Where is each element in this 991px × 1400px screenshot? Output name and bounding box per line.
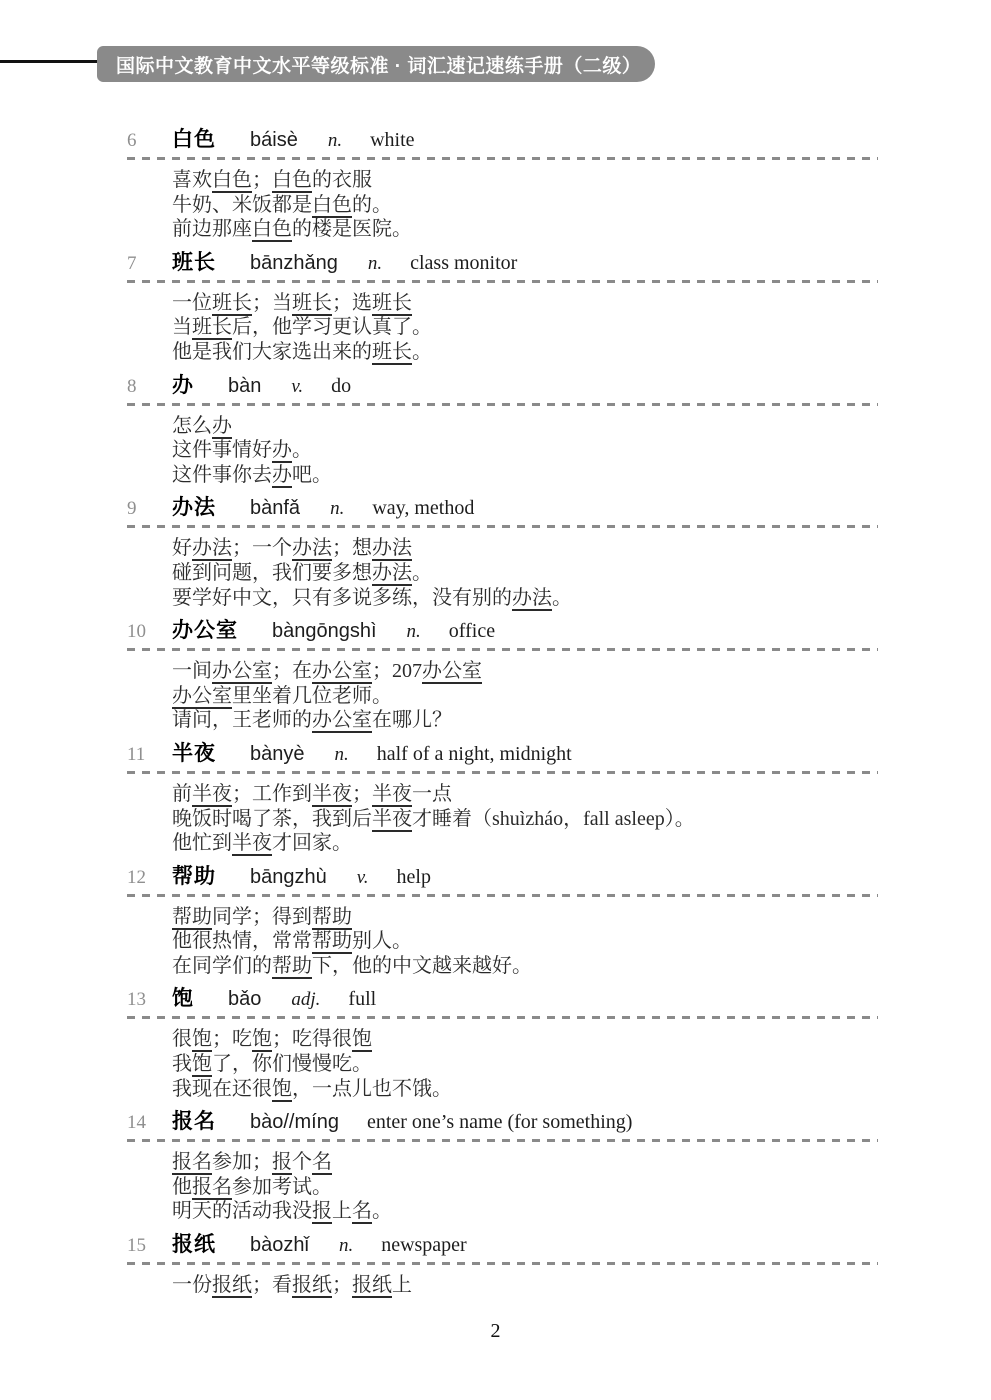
example-text: ；想 <box>332 537 372 559</box>
example-text: 明天的活动我没 <box>172 1200 312 1222</box>
entry-number: 11 <box>127 742 172 768</box>
entry-part-of-speech: n. <box>407 619 421 645</box>
example-line: 当班长后，他学习更认真了。 <box>172 315 878 340</box>
example-line: 办公室里坐着几位老师。 <box>172 684 878 709</box>
entry-pinyin: bàn <box>228 373 261 399</box>
example-text: 他 <box>172 1176 192 1198</box>
example-line: 明天的活动我没报上名。 <box>172 1199 878 1224</box>
underlined-target-word: 班长 <box>292 292 332 316</box>
example-line: 晚饭时喝了茶，我到后半夜才睡着（shuìzháo，fall asleep）。 <box>172 807 878 832</box>
entry-pinyin: bǎo <box>228 986 261 1012</box>
entry-english-meaning: office <box>449 618 495 644</box>
example-text: 在哪儿？ <box>372 709 452 731</box>
underlined-target-word: 半夜 <box>372 808 412 832</box>
example-text: 。 <box>412 562 432 584</box>
underlined-target-word: 办公室 <box>212 660 272 684</box>
example-line: 牛奶、米饭都是白色的。 <box>172 193 878 218</box>
underlined-target-word: 半夜 <box>372 783 412 807</box>
example-text: 他忙到 <box>172 832 232 854</box>
entry-number: 9 <box>127 496 172 522</box>
example-line: 前边那座白色的楼是医院。 <box>172 217 878 242</box>
example-text: 后，他学习更认真了。 <box>232 316 432 338</box>
vocab-entry: 12 帮助 bāngzhù v. help 帮助同学；得到帮助他很热情，常常帮助… <box>127 864 878 979</box>
entry-headword: 报名 <box>172 1109 216 1135</box>
vocab-entry: 14 报名 bào//míng enter one’s name (for so… <box>127 1109 878 1224</box>
example-text: ；吃 <box>212 1028 252 1050</box>
example-text: 上 <box>332 1200 352 1222</box>
underlined-target-word: 白色 <box>312 194 352 218</box>
entry-pinyin: bào//míng <box>250 1109 339 1135</box>
example-text: ； <box>332 1274 352 1296</box>
entry-pinyin: bàngōngshì <box>272 618 377 644</box>
banner-title: 国际中文教育中文水平等级标准 · 词汇速记速练手册（二级） <box>116 51 641 78</box>
dashed-divider <box>127 525 878 528</box>
entry-examples: 前半夜；工作到半夜；半夜一点晚饭时喝了茶，我到后半夜才睡着（shuìzháo，f… <box>172 782 878 856</box>
underlined-target-word: 帮助 <box>272 955 312 979</box>
example-text: 一份 <box>172 1274 212 1296</box>
example-line: 他是我们大家选出来的班长。 <box>172 340 878 365</box>
underlined-target-word: 报 <box>272 1151 292 1175</box>
example-text: 的衣服 <box>312 169 372 191</box>
underlined-target-word: 白色 <box>252 218 292 242</box>
example-text: 上 <box>392 1274 412 1296</box>
example-text: 一间 <box>172 660 212 682</box>
underlined-target-word: 帮助 <box>312 906 352 930</box>
entry-english-meaning: white <box>370 127 414 153</box>
vocab-entry: 8 办 bàn v. do 怎么办这件事情好办。这件事你去办吧。 <box>127 373 878 488</box>
example-text: 他是我们大家选出来的 <box>172 341 372 363</box>
underlined-target-word: 帮助 <box>172 906 212 930</box>
example-line: 一份报纸；看报纸；报纸上 <box>172 1273 878 1298</box>
entry-english-meaning: do <box>331 373 351 399</box>
entry-examples: 报名参加；报个名他报名参加考试。明天的活动我没报上名。 <box>172 1150 878 1224</box>
vocab-entry: 7 班长 bānzhǎng n. class monitor 一位班长；当班长；… <box>127 250 878 365</box>
example-text: ；工作到 <box>232 783 312 805</box>
entry-part-of-speech: adj. <box>291 987 320 1013</box>
underlined-target-word: 办 <box>272 464 292 488</box>
example-text: 一点 <box>412 783 452 805</box>
underlined-target-word: 帮助 <box>312 930 352 954</box>
example-text: 参加； <box>212 1151 272 1173</box>
example-line: 他很热情，常常帮助别人。 <box>172 929 878 954</box>
chapter-header-banner: 国际中文教育中文水平等级标准 · 词汇速记速练手册（二级） <box>97 46 655 82</box>
example-line: 这件事情好办。 <box>172 438 878 463</box>
entry-header-row: 8 办 bàn v. do <box>127 373 878 399</box>
example-text: 的楼是医院。 <box>292 218 412 240</box>
example-text: 参加考试。 <box>232 1176 332 1198</box>
entry-english-meaning: way, method <box>372 495 474 521</box>
example-text: 。 <box>372 1200 392 1222</box>
entry-examples: 怎么办这件事情好办。这件事你去办吧。 <box>172 414 878 488</box>
entry-headword: 帮助 <box>172 864 216 890</box>
dashed-divider <box>127 771 878 774</box>
entry-pinyin: bāngzhù <box>250 864 327 890</box>
entry-examples: 一间办公室；在办公室；207办公室办公室里坐着几位老师。请问，王老师的办公室在哪… <box>172 659 878 733</box>
underlined-target-word: 饱 <box>252 1028 272 1052</box>
entry-headword: 报纸 <box>172 1232 216 1258</box>
example-text: ；吃得很 <box>272 1028 352 1050</box>
underlined-target-word: 办公室 <box>172 685 232 709</box>
entry-header-row: 11 半夜 bànyè n. half of a night, midnight <box>127 741 878 767</box>
example-text: 前边那座 <box>172 218 252 240</box>
entry-number: 13 <box>127 987 172 1013</box>
vocab-entry: 6 白色 báisè n. white 喜欢白色；白色的衣服牛奶、米饭都是白色的… <box>127 127 878 242</box>
example-text: 个 <box>292 1151 312 1173</box>
example-line: 他报名参加考试。 <box>172 1175 878 1200</box>
entry-pinyin: bànyè <box>250 741 305 767</box>
entry-examples: 喜欢白色；白色的衣服牛奶、米饭都是白色的。前边那座白色的楼是医院。 <box>172 168 878 242</box>
example-line: 一间办公室；在办公室；207办公室 <box>172 659 878 684</box>
entry-english-meaning: half of a night, midnight <box>377 741 572 767</box>
underlined-target-word: 班长 <box>212 292 252 316</box>
entry-part-of-speech: n. <box>335 742 349 768</box>
entry-part-of-speech: n. <box>328 128 342 154</box>
example-text: 。 <box>412 341 432 363</box>
top-left-rule <box>0 60 97 63</box>
underlined-target-word: 半夜 <box>312 783 352 807</box>
example-line: 好办法；一个办法；想办法 <box>172 536 878 561</box>
entry-headword: 饱 <box>172 986 194 1012</box>
underlined-target-word: 班长 <box>372 341 412 365</box>
entry-header-row: 10 办公室 bàngōngshì n. office <box>127 618 878 644</box>
entry-headword: 办公室 <box>172 618 238 644</box>
entry-number: 12 <box>127 865 172 891</box>
entry-part-of-speech: n. <box>339 1233 353 1259</box>
underlined-target-word: 半夜 <box>192 783 232 807</box>
example-text: 别人。 <box>352 930 412 952</box>
example-line: 我现在还很饱，一点儿也不饿。 <box>172 1077 878 1102</box>
entry-part-of-speech: n. <box>330 496 344 522</box>
dashed-divider <box>127 1139 878 1142</box>
entry-examples: 很饱；吃饱；吃得很饱我饱了，你们慢慢吃。我现在还很饱，一点儿也不饿。 <box>172 1027 878 1101</box>
underlined-target-word: 报名 <box>172 1151 212 1175</box>
entry-part-of-speech: v. <box>357 865 369 891</box>
entry-header-row: 9 办法 bànfǎ n. way, method <box>127 495 878 521</box>
underlined-target-word: 班长 <box>192 316 232 340</box>
example-text: 一位 <box>172 292 212 314</box>
example-text: ； <box>352 783 372 805</box>
example-text: 前 <box>172 783 192 805</box>
entry-number: 6 <box>127 128 172 154</box>
example-text: 晚饭时喝了茶，我到后 <box>172 808 372 830</box>
example-text: 在同学们的 <box>172 955 272 977</box>
example-text: ；当 <box>252 292 292 314</box>
underlined-target-word: 名 <box>352 1200 372 1224</box>
example-text: 我现在还很 <box>172 1078 272 1100</box>
entry-headword: 半夜 <box>172 741 216 767</box>
example-text: 他很热情，常常 <box>172 930 312 952</box>
example-text: 这件事你去 <box>172 464 272 486</box>
entry-examples: 一份报纸；看报纸；报纸上 <box>172 1273 878 1298</box>
underlined-target-word: 饱 <box>352 1028 372 1052</box>
underlined-target-word: 办公室 <box>312 660 372 684</box>
underlined-target-word: 班长 <box>372 292 412 316</box>
entry-number: 10 <box>127 619 172 645</box>
vocab-entry: 15 报纸 bàozhǐ n. newspaper 一份报纸；看报纸；报纸上 <box>127 1232 878 1298</box>
dashed-divider <box>127 403 878 406</box>
vocab-entry: 11 半夜 bànyè n. half of a night, midnight… <box>127 741 878 856</box>
example-text: 。 <box>292 439 312 461</box>
entry-examples: 帮助同学；得到帮助他很热情，常常帮助别人。在同学们的帮助下，他的中文越来越好。 <box>172 905 878 979</box>
underlined-target-word: 报 <box>312 1200 332 1224</box>
example-line: 这件事你去办吧。 <box>172 463 878 488</box>
example-line: 很饱；吃饱；吃得很饱 <box>172 1027 878 1052</box>
dashed-divider <box>127 1262 878 1265</box>
entry-english-meaning: newspaper <box>381 1232 467 1258</box>
entry-english-meaning: full <box>348 986 376 1012</box>
entry-header-row: 6 白色 báisè n. white <box>127 127 878 153</box>
example-text: 要学好中文，只有多说多练，没有别的 <box>172 587 512 609</box>
example-line: 报名参加；报个名 <box>172 1150 878 1175</box>
example-text: 怎么 <box>172 415 212 437</box>
example-line: 前半夜；工作到半夜；半夜一点 <box>172 782 878 807</box>
entry-pinyin: báisè <box>250 127 298 153</box>
example-line: 请问，王老师的办公室在哪儿？ <box>172 708 878 733</box>
example-text: 碰到问题，我们要多想 <box>172 562 372 584</box>
entry-headword: 办 <box>172 373 194 399</box>
example-line: 要学好中文，只有多说多练，没有别的办法。 <box>172 586 878 611</box>
underlined-target-word: 报纸 <box>292 1274 332 1298</box>
entry-headword: 白色 <box>172 127 216 153</box>
underlined-target-word: 报纸 <box>212 1274 252 1298</box>
example-line: 一位班长；当班长；选班长 <box>172 291 878 316</box>
example-text: 请问，王老师的 <box>172 709 312 731</box>
entry-pinyin: bàozhǐ <box>250 1232 309 1258</box>
entry-part-of-speech: n. <box>368 251 382 277</box>
example-text: ； <box>252 169 272 191</box>
example-line: 喜欢白色；白色的衣服 <box>172 168 878 193</box>
underlined-target-word: 饱 <box>192 1053 212 1077</box>
entry-part-of-speech: v. <box>291 374 303 400</box>
underlined-target-word: 办 <box>212 415 232 439</box>
example-text: 很 <box>172 1028 192 1050</box>
example-text: ；看 <box>252 1274 292 1296</box>
entry-number: 15 <box>127 1233 172 1259</box>
dashed-divider <box>127 648 878 651</box>
example-text: ，一点儿也不饿。 <box>292 1078 452 1100</box>
example-text: 下，他的中文越来越好。 <box>312 955 532 977</box>
entry-header-row: 13 饱 bǎo adj. full <box>127 986 878 1012</box>
example-text: 了，你们慢慢吃。 <box>212 1053 372 1075</box>
entry-english-meaning: help <box>397 864 431 890</box>
dashed-divider <box>127 157 878 160</box>
underlined-target-word: 半夜 <box>232 832 272 856</box>
example-text: 好 <box>172 537 192 559</box>
dashed-divider <box>127 894 878 897</box>
underlined-target-word: 名 <box>312 1151 332 1175</box>
entry-examples: 好办法；一个办法；想办法碰到问题，我们要多想办法。要学好中文，只有多说多练，没有… <box>172 536 878 610</box>
example-text: 里坐着几位老师。 <box>232 685 392 707</box>
example-text: 的。 <box>352 194 392 216</box>
example-text: 我 <box>172 1053 192 1075</box>
entry-number: 8 <box>127 374 172 400</box>
example-line: 怎么办 <box>172 414 878 439</box>
example-line: 碰到问题，我们要多想办法。 <box>172 561 878 586</box>
underlined-target-word: 办法 <box>372 562 412 586</box>
example-text: 牛奶、米饭都是 <box>172 194 312 216</box>
vocab-entry: 9 办法 bànfǎ n. way, method 好办法；一个办法；想办法碰到… <box>127 495 878 610</box>
entry-headword: 办法 <box>172 495 216 521</box>
underlined-target-word: 饱 <box>192 1028 212 1052</box>
underlined-target-word: 办法 <box>292 537 332 561</box>
underlined-target-word: 办法 <box>512 587 552 611</box>
example-line: 帮助同学；得到帮助 <box>172 905 878 930</box>
entry-header-row: 7 班长 bānzhǎng n. class monitor <box>127 250 878 276</box>
dashed-divider <box>127 280 878 283</box>
example-text: 才睡着（shuìzháo，fall asleep）。 <box>412 808 695 830</box>
entry-header-row: 15 报纸 bàozhǐ n. newspaper <box>127 1232 878 1258</box>
vocab-entry: 10 办公室 bàngōngshì n. office 一间办公室；在办公室；2… <box>127 618 878 733</box>
entry-number: 7 <box>127 251 172 277</box>
example-text: 当 <box>172 316 192 338</box>
underlined-target-word: 办 <box>272 439 292 463</box>
vocab-entry: 13 饱 bǎo adj. full 很饱；吃饱；吃得很饱我饱了，你们慢慢吃。我… <box>127 986 878 1101</box>
underlined-target-word: 办法 <box>372 537 412 561</box>
example-text: 喜欢 <box>172 169 212 191</box>
vocab-list: 6 白色 báisè n. white 喜欢白色；白色的衣服牛奶、米饭都是白色的… <box>127 127 878 1306</box>
underlined-target-word: 白色 <box>272 169 312 193</box>
entry-examples: 一位班长；当班长；选班长当班长后，他学习更认真了。他是我们大家选出来的班长。 <box>172 291 878 365</box>
underlined-target-word: 办公室 <box>422 660 482 684</box>
example-text: ；一个 <box>232 537 292 559</box>
underlined-target-word: 饱 <box>272 1078 292 1102</box>
entry-english-meaning: enter one’s name (for something) <box>367 1109 632 1135</box>
example-line: 在同学们的帮助下，他的中文越来越好。 <box>172 954 878 979</box>
example-text: 才回家。 <box>272 832 352 854</box>
example-text: ；207 <box>372 660 422 682</box>
example-text: 这件事情好 <box>172 439 272 461</box>
example-text: 同学；得到 <box>212 906 312 928</box>
example-text: ；在 <box>272 660 312 682</box>
entry-english-meaning: class monitor <box>410 250 517 276</box>
example-line: 他忙到半夜才回家。 <box>172 831 878 856</box>
example-text: 吧。 <box>292 464 332 486</box>
underlined-target-word: 办公室 <box>312 709 372 733</box>
example-text: 。 <box>552 587 572 609</box>
entry-header-row: 14 报名 bào//míng enter one’s name (for so… <box>127 1109 878 1135</box>
example-text: ；选 <box>332 292 372 314</box>
entry-number: 14 <box>127 1110 172 1136</box>
underlined-target-word: 报名 <box>192 1176 232 1200</box>
example-line: 我饱了，你们慢慢吃。 <box>172 1052 878 1077</box>
entry-pinyin: bànfǎ <box>250 495 300 521</box>
entry-headword: 班长 <box>172 250 216 276</box>
underlined-target-word: 报纸 <box>352 1274 392 1298</box>
dashed-divider <box>127 1016 878 1019</box>
underlined-target-word: 白色 <box>212 169 252 193</box>
entry-pinyin: bānzhǎng <box>250 250 338 276</box>
underlined-target-word: 办法 <box>192 537 232 561</box>
page-number: 2 <box>0 1320 991 1343</box>
entry-header-row: 12 帮助 bāngzhù v. help <box>127 864 878 890</box>
